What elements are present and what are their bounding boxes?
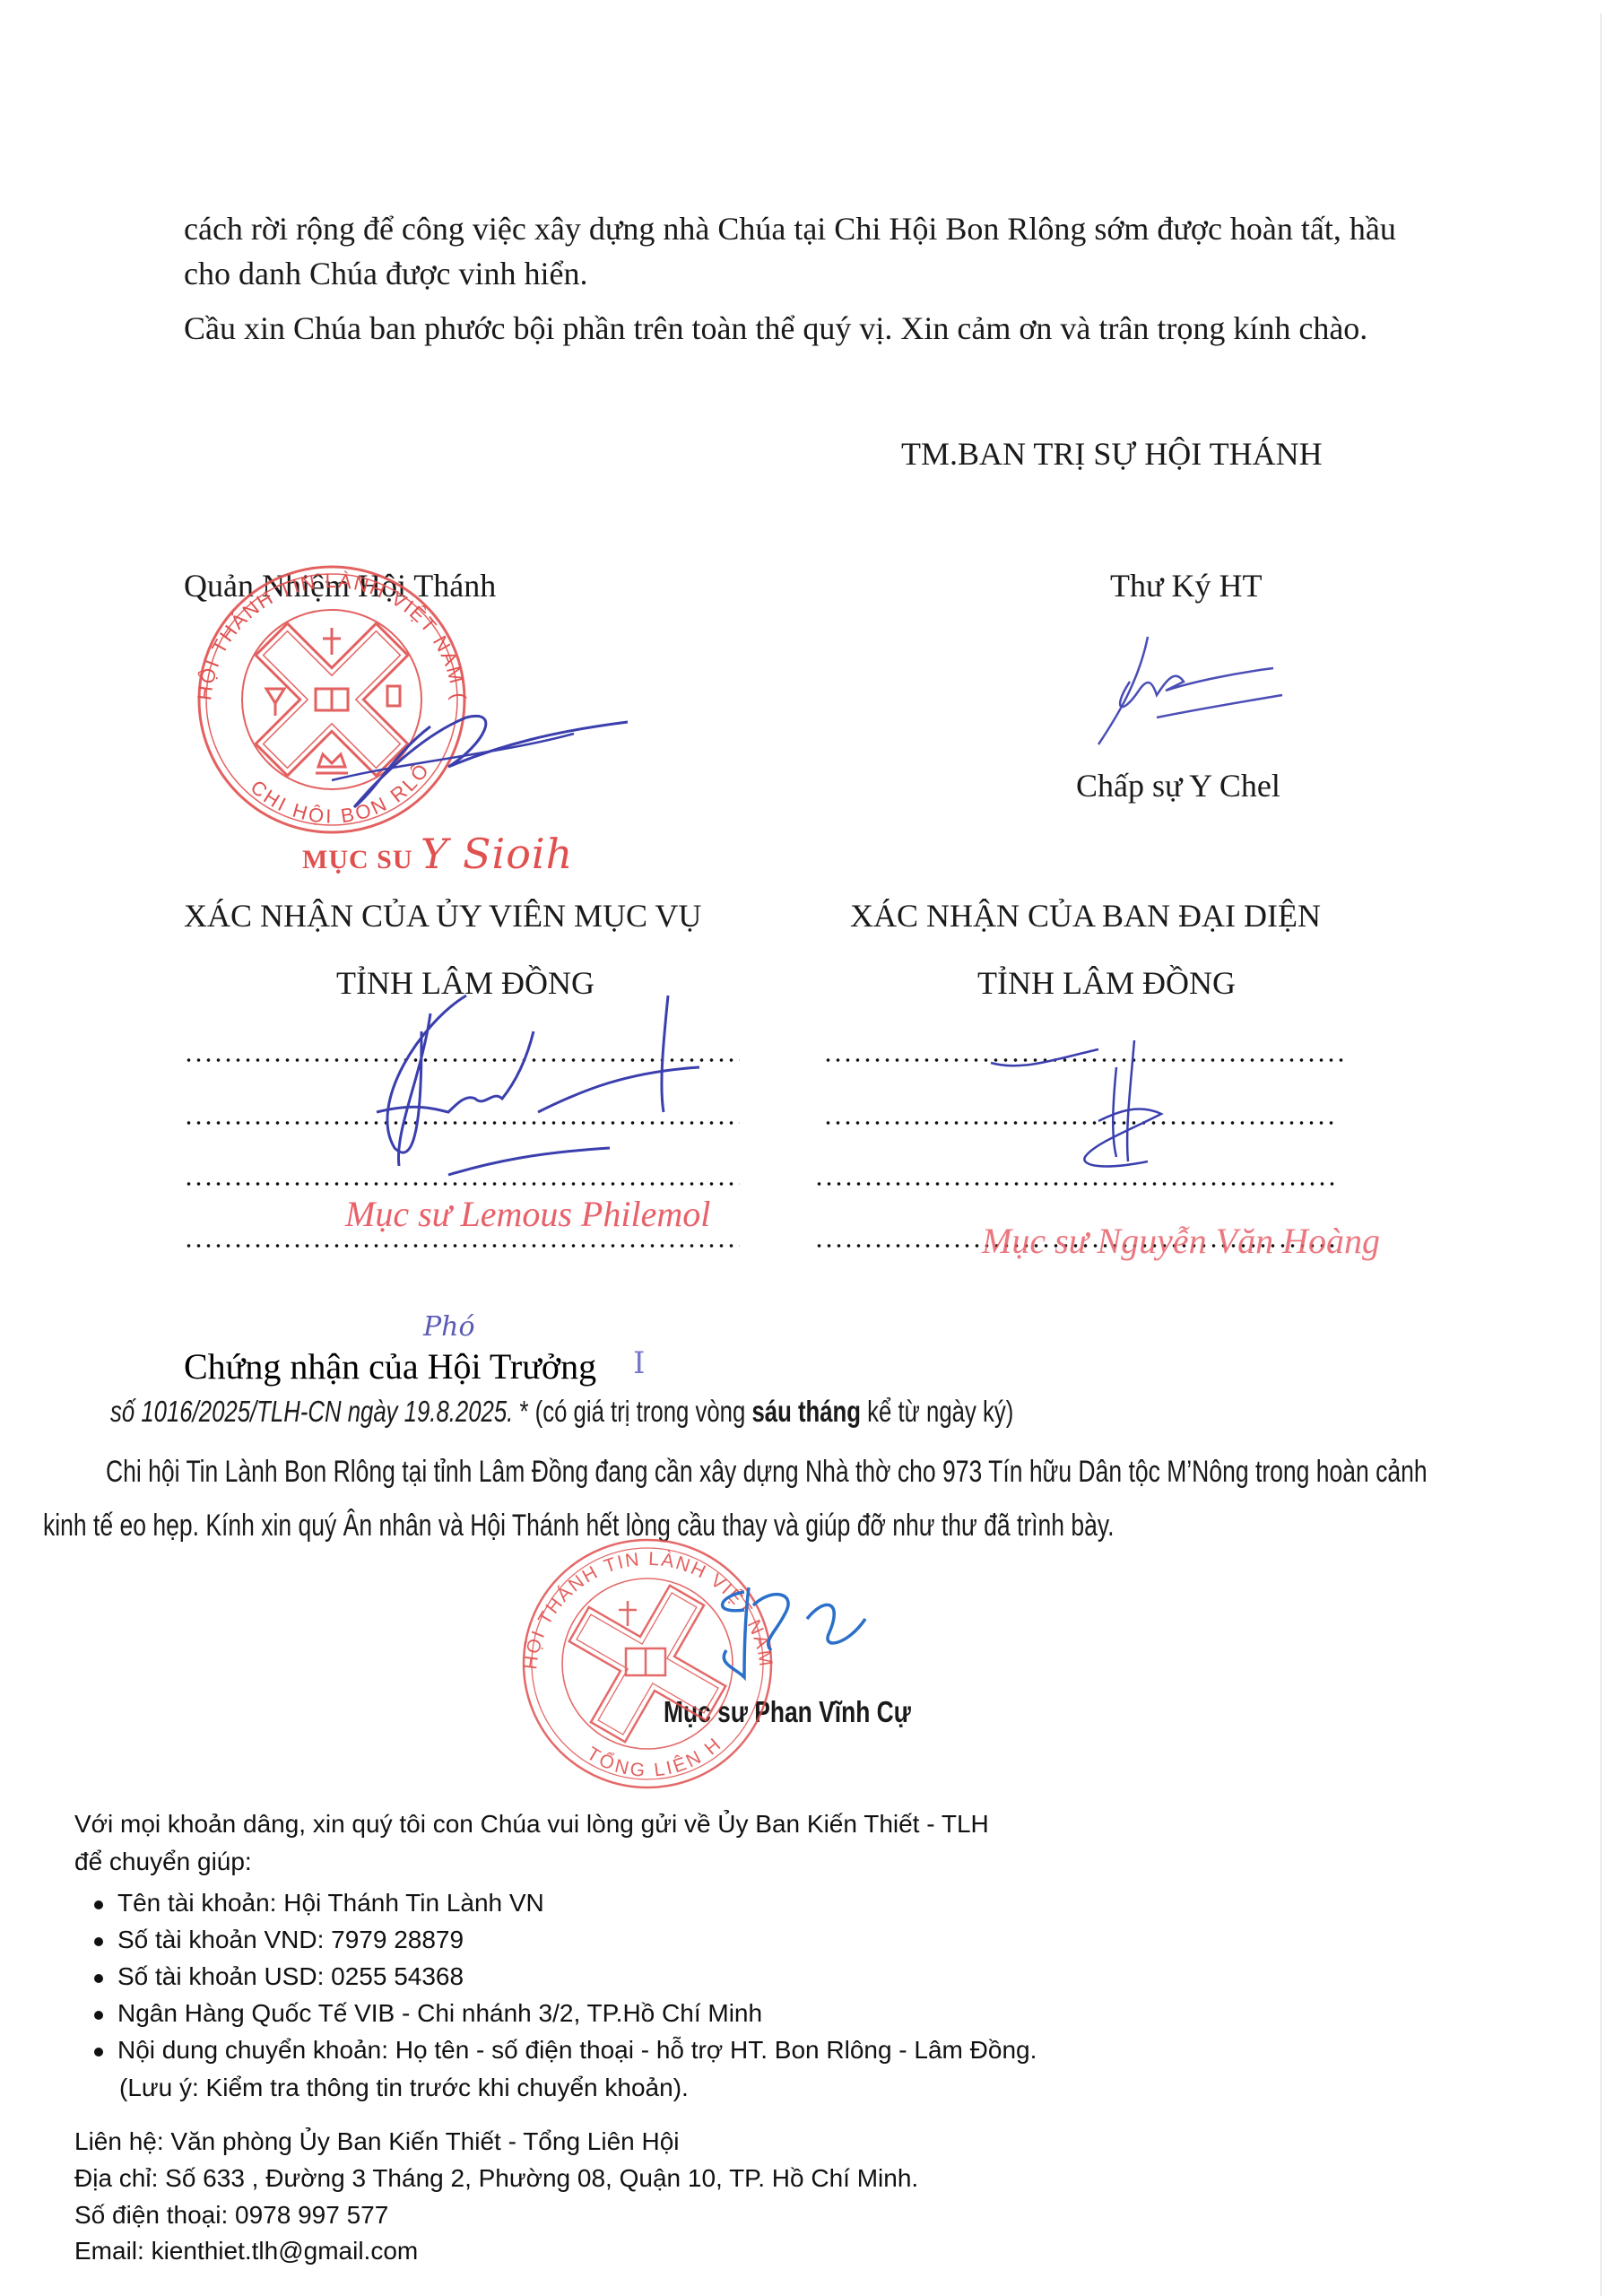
confirm-right-heading: XÁC NHẬN CỦA BAN ĐẠI DIỆN bbox=[850, 897, 1321, 935]
transfer-content: Nội dung chuyển khoản: Họ tên - số điện … bbox=[117, 2036, 1037, 2064]
dotted-line bbox=[184, 1244, 740, 1248]
dotted-line bbox=[184, 1121, 740, 1125]
confirm-left-heading: XÁC NHẬN CỦA ỦY VIÊN MỤC VỤ bbox=[184, 897, 701, 935]
donation-item: Nội dung chuyển khoản: Họ tên - số điện … bbox=[94, 2036, 1037, 2065]
certification-reference: số 1016/2025/TLH-CN ngày 19.8.2025. * (c… bbox=[110, 1395, 1013, 1429]
donation-item: Số tài khoản USD: 0255 54368 bbox=[94, 1962, 464, 1991]
contact-email[interactable]: Email: kienthiet.tlh@gmail.com bbox=[74, 2237, 418, 2266]
pastor-name-stamp: MỤC SU Y Sioih bbox=[302, 830, 573, 878]
donation-note: (Lưu ý: Kiểm tra thông tin trước khi chu… bbox=[119, 2074, 689, 2102]
closing-line-2: cho danh Chúa được vinh hiển. bbox=[184, 251, 1396, 296]
certification-body-line-2: kinh tế eo hẹp. Kính xin quý Ân nhân và … bbox=[43, 1509, 1115, 1544]
bank-name: Ngân Hàng Quốc Tế VIB - Chi nhánh 3/2, T… bbox=[117, 1999, 762, 2027]
confirm-left-province: TỈNH LÂM ĐỒNG bbox=[336, 964, 595, 1002]
reference-number: số 1016/2025/TLH-CN ngày 19.8.2025. bbox=[110, 1395, 513, 1428]
confirm-right-province: TỈNH LÂM ĐỒNG bbox=[977, 964, 1236, 1002]
bullet-icon bbox=[94, 2011, 103, 2020]
contact-office: Liên hệ: Văn phòng Ủy Ban Kiến Thiết - T… bbox=[74, 2127, 680, 2156]
validity-suffix: kể từ ngày ký) bbox=[861, 1395, 1013, 1428]
president-signer-name: Mục sư Phan Vĩnh Cự bbox=[664, 1695, 911, 1729]
document-page: cách rời rộng để công việc xây dựng nhà … bbox=[0, 0, 1623, 2296]
left-confirm-stamp-name: Mục sư Lemous Philemol bbox=[345, 1193, 710, 1235]
dotted-line bbox=[823, 1121, 1339, 1125]
account-name: Tên tài khoản: Hội Thánh Tin Lành VN bbox=[117, 1889, 544, 1917]
secretary-title: Thư Ký HT bbox=[1110, 567, 1263, 604]
closing-line-1: cách rời rộng để công việc xây dựng nhà … bbox=[184, 206, 1396, 251]
donation-intro-1: Với mọi khoản dâng, xin quý tôi con Chúa… bbox=[74, 1810, 989, 1839]
dotted-line bbox=[184, 1058, 740, 1062]
secretary-name: Chấp sự Y Chel bbox=[1076, 767, 1280, 804]
scan-edge-line bbox=[1601, 13, 1601, 2296]
closing-paragraph: cách rời rộng để công việc xây dựng nhà … bbox=[184, 206, 1396, 296]
account-usd: Số tài khoản USD: 0255 54368 bbox=[117, 1962, 464, 1990]
validity-duration: sáu tháng bbox=[751, 1395, 861, 1428]
donation-item: Số tài khoản VND: 7979 28879 bbox=[94, 1926, 464, 1954]
donation-intro-2: để chuyển giúp: bbox=[74, 1848, 252, 1876]
blessing-paragraph: Cầu xin Chúa ban phước bội phần trên toà… bbox=[184, 309, 1367, 347]
stamp-prefix: MỤC SU bbox=[302, 845, 413, 874]
bullet-icon bbox=[94, 1900, 103, 1909]
contact-phone: Số điện thoại: 0978 997 577 bbox=[74, 2201, 388, 2230]
stamp-script-name: Y Sioih bbox=[421, 830, 573, 878]
handwritten-pho: Phó bbox=[423, 1311, 475, 1343]
handwritten-numeral: I bbox=[633, 1345, 645, 1381]
pastor-title: Quản Nhiệm Hội Thánh bbox=[184, 567, 496, 604]
on-behalf-heading: TM.BAN TRỊ SỰ HỘI THÁNH bbox=[901, 435, 1323, 473]
dotted-line bbox=[184, 1182, 740, 1186]
church-seal-bottom bbox=[524, 1540, 771, 1787]
donation-item: Tên tài khoản: Hội Thánh Tin Lành VN bbox=[94, 1889, 544, 1918]
dotted-line bbox=[823, 1058, 1343, 1062]
contact-address: Địa chỉ: Số 633 , Đường 3 Tháng 2, Phườn… bbox=[74, 2164, 918, 2193]
account-vnd: Số tài khoản VND: 7979 28879 bbox=[117, 1926, 464, 1953]
validity-prefix: * (có giá trị trong vòng bbox=[513, 1395, 751, 1428]
donation-item: Ngân Hàng Quốc Tế VIB - Chi nhánh 3/2, T… bbox=[94, 1999, 762, 2028]
certification-body-line-1: Chi hội Tin Lành Bon Rlông tại tỉnh Lâm … bbox=[106, 1455, 1428, 1490]
dotted-line bbox=[814, 1182, 1339, 1186]
church-seal-left bbox=[199, 567, 464, 832]
bullet-icon bbox=[94, 1974, 103, 1983]
right-confirm-stamp-name: Mục sư Nguyễn Văn Hoàng bbox=[982, 1220, 1380, 1262]
certification-heading: Chứng nhận của Hội Trưởng bbox=[184, 1345, 596, 1387]
svg-text:CHI HỘI BON RLÔNG: CHI HỘI BON RLÔNG bbox=[0, 0, 435, 828]
bullet-icon bbox=[94, 2048, 103, 2057]
bullet-icon bbox=[94, 1937, 103, 1946]
